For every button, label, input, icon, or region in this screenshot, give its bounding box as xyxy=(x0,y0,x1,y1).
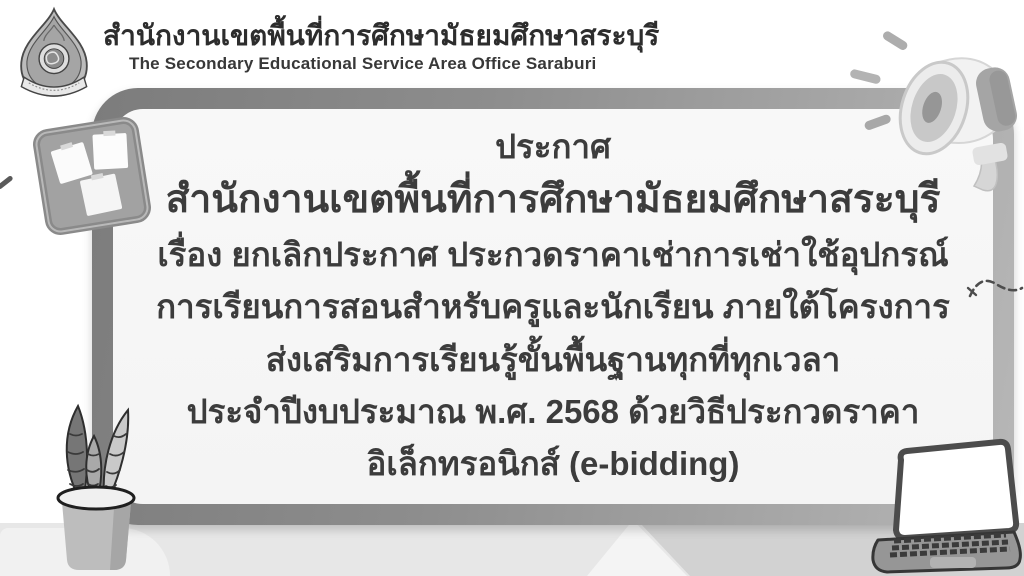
dash-mark-icon xyxy=(0,175,14,190)
org-name-thai: สำนักงานเขตพื้นที่การศึกษามัธยมศึกษาสระบ… xyxy=(103,14,659,58)
announcement-body-line: อิเล็กทรอนิกส์ (e-bidding) xyxy=(367,438,740,490)
announcement-body-line: เรื่อง ยกเลิกประกาศ ประกวดราคาเช่าการเช่… xyxy=(157,229,948,281)
header: สำนักงานเขตพื้นที่การศึกษามัธยมศึกษาสระบ… xyxy=(0,0,780,100)
announcement-body-line: ประจำปีงบประมาณ พ.ศ. 2568 ด้วยวิธีประกวด… xyxy=(187,386,920,438)
potted-plant-icon xyxy=(22,396,177,576)
sticky-notes-board-icon xyxy=(26,110,159,243)
megaphone-icon xyxy=(842,20,1024,192)
dashed-squiggle-icon xyxy=(966,262,1024,316)
announcement-org-line: สำนักงานเขตพื้นที่การศึกษามัธยมศึกษาสระบ… xyxy=(166,171,941,230)
org-name-english: The Secondary Educational Service Area O… xyxy=(129,54,596,74)
poster: สำนักงานเขตพื้นที่การศึกษามัธยมศึกษาสระบ… xyxy=(0,0,1024,576)
announcement-title: ประกาศ xyxy=(495,123,611,171)
obec-seal-logo xyxy=(12,6,96,100)
laptop-icon xyxy=(868,438,1024,576)
announcement-body-line: ส่งเสริมการเรียนรู้ขั้นพื้นฐานทุกที่ทุกเ… xyxy=(266,334,841,386)
announcement-body-line: การเรียนการสอนสำหรับครูและนักเรียน ภายใต… xyxy=(156,281,950,333)
